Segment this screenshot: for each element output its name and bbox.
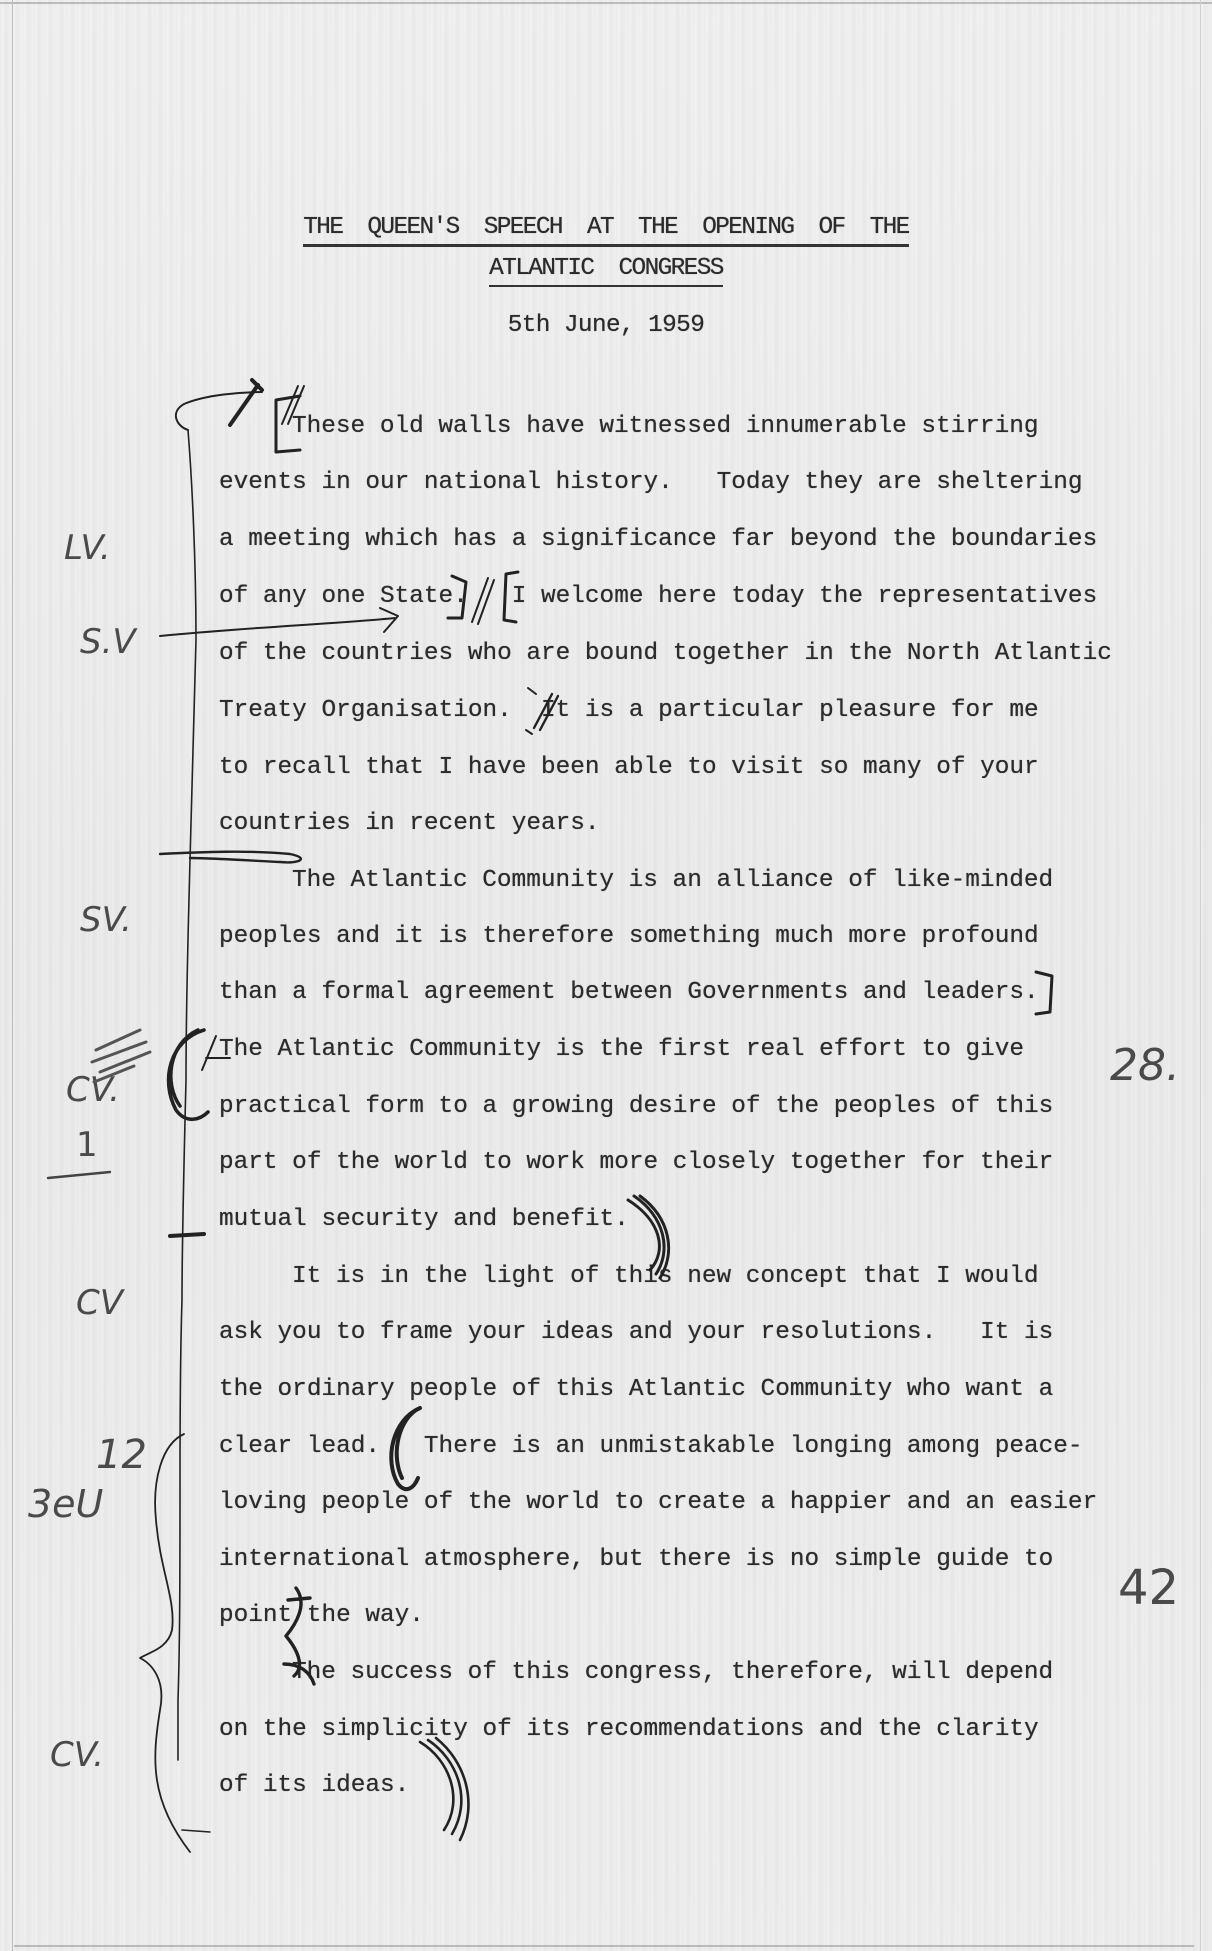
margin-note-42: 42 [1118, 1560, 1179, 1616]
text-line: the ordinary people of this Atlantic Com… [219, 1378, 1053, 1402]
page-edge-left [12, 0, 13, 1951]
brace-mark [140, 1434, 190, 1852]
text-line: on the simplicity of its recommendations… [219, 1718, 1039, 1742]
page-edge-right [1200, 0, 1201, 1951]
text-line: international atmosphere, but there is n… [219, 1548, 1053, 1572]
document-title-line-1: THE QUEEN'S SPEECH AT THE OPENING OF THE [0, 214, 1212, 241]
text-line: than a formal agreement between Governme… [219, 981, 1039, 1005]
page-edge-top [0, 2, 1212, 4]
margin-note-12: 12 [96, 1432, 147, 1478]
margin-note-cv-3: CV. [50, 1735, 104, 1775]
text-line: to recall that I have been able to visit… [219, 756, 1039, 780]
text-line: The success of this congress, therefore,… [292, 1661, 1053, 1685]
text-line: The Atlantic Community is an alliance of… [292, 869, 1053, 893]
text-line: point the way. [219, 1604, 424, 1628]
paragraph-stroke [160, 852, 301, 863]
document-date: 5th June, 1959 [0, 312, 1212, 339]
text-line: practical form to a growing desire of th… [219, 1095, 1053, 1119]
text-line: of the countries who are bound together … [219, 642, 1112, 666]
open-paren-mark [169, 1030, 208, 1119]
loop-mark [176, 392, 262, 430]
text-line: countries in recent years. [219, 812, 600, 836]
margin-note-28: 28. [1110, 1040, 1180, 1091]
margin-rule-line [178, 430, 196, 1760]
text-line: of any one State. I welcome here today t… [219, 585, 1097, 609]
text-line: Treaty Organisation. It is a particular … [219, 699, 1039, 723]
text-line: events in our national history. Today th… [219, 471, 1083, 495]
close-paren-mark-2 [420, 1738, 468, 1840]
text-line: of its ideas. [219, 1774, 409, 1798]
text-line: loving people of the world to create a h… [219, 1491, 1097, 1515]
text-line: It is in the light of this new concept t… [292, 1265, 1038, 1289]
margin-dash [170, 1234, 204, 1236]
margin-note-sv-2: SV. [80, 900, 132, 940]
document-page: THE QUEEN'S SPEECH AT THE OPENING OF THE… [0, 0, 1212, 1951]
page-edge-bottom [14, 1945, 1194, 1947]
text-line: clear lead. There is an unmistakable lon… [219, 1435, 1083, 1459]
underline-mark [48, 1172, 110, 1178]
text-line: The Atlantic Community is the first real… [219, 1038, 1024, 1062]
margin-note-cv-2: CV [76, 1283, 123, 1323]
text-line: a meeting which has a significance far b… [219, 528, 1097, 552]
margin-note-1: 1 [76, 1125, 98, 1165]
text-line: mutual security and benefit. [219, 1208, 629, 1232]
text-line: These old walls have witnessed innumerab… [292, 415, 1038, 439]
text-line: ask you to frame your ideas and your res… [219, 1321, 1053, 1345]
margin-note-cv: CV. [66, 1070, 120, 1110]
text-line: part of the world to work more closely t… [219, 1151, 1053, 1175]
arrow-mark [160, 608, 398, 636]
text-line: peoples and it is therefore something mu… [219, 925, 1039, 949]
paragraph-mark [230, 380, 262, 425]
margin-note-sv: S.V [80, 622, 136, 662]
document-title-line-2: ATLANTIC CONGRESS [0, 255, 1212, 282]
margin-note-3eu: 3eU [28, 1482, 103, 1526]
margin-note-lv: LV. [64, 528, 111, 568]
